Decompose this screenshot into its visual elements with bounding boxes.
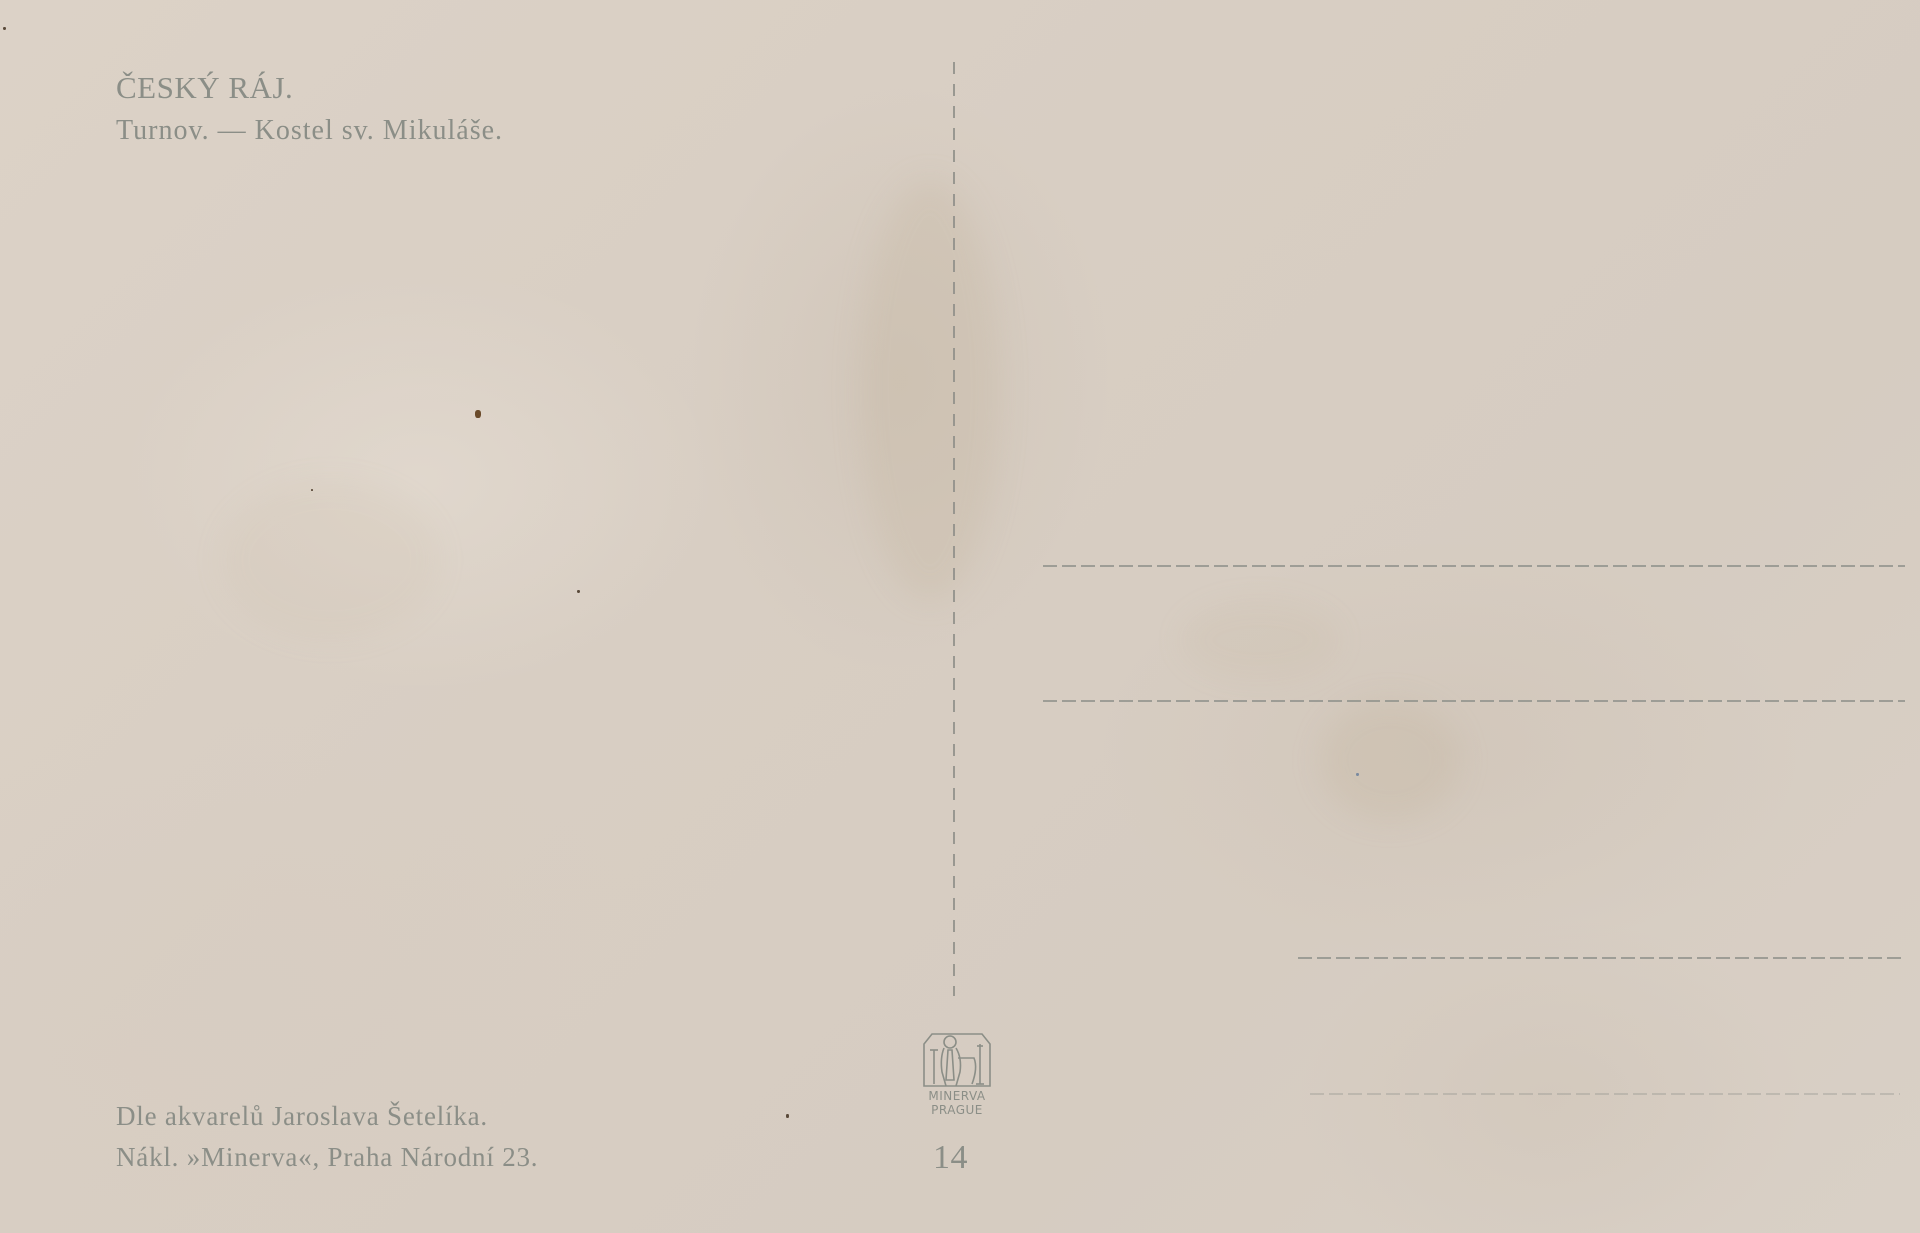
paper-speck (475, 410, 481, 418)
paper-speck (3, 27, 6, 30)
paper-speck (1356, 773, 1359, 776)
publisher-logo: MINERVA PRAGUE (918, 1028, 996, 1124)
publisher-imprint: Nákl. »Minerva«, Praha Národní 23. (116, 1141, 538, 1173)
paper-stain (220, 480, 440, 640)
address-line (1310, 1093, 1900, 1095)
center-divider-line (953, 62, 955, 996)
address-line (1043, 700, 1905, 702)
paper-stain (860, 180, 1000, 600)
paper-stain (1320, 700, 1460, 820)
artist-credit: Dle akvarelů Jaroslava Šetelíka. (116, 1100, 488, 1132)
address-line (1298, 957, 1905, 959)
card-number: 14 (933, 1140, 968, 1176)
paper-stain (1180, 600, 1340, 680)
minerva-figure-emblem-icon (918, 1028, 996, 1088)
paper-speck (577, 590, 580, 593)
card-subtitle: Turnov. — Kostel sv. Mikuláše. (116, 114, 503, 148)
logo-text-prague: PRAGUE (918, 1104, 996, 1116)
address-line (1043, 565, 1905, 567)
paper-speck (786, 1114, 789, 1118)
card-title: ČESKÝ RÁJ. (116, 70, 293, 106)
logo-text-minerva: MINERVA (918, 1090, 996, 1102)
paper-speck (311, 489, 313, 491)
